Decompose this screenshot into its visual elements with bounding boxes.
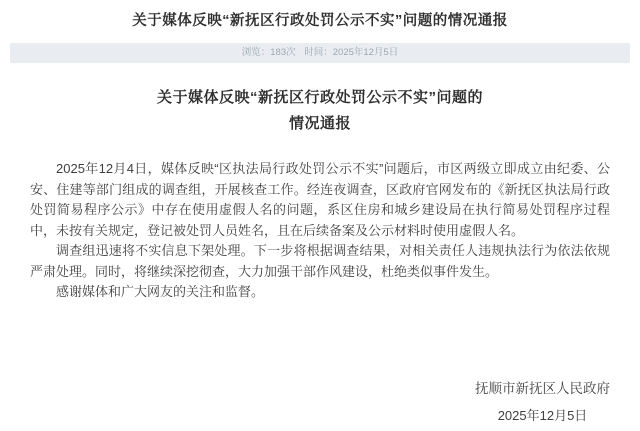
paragraph: 2025年12月4日，媒体反映“区执法局行政处罚公示不实”问题后，市区两级立即成… bbox=[30, 159, 610, 241]
article: 关于媒体反映“新抚区行政处罚公示不实”问题的 情况通报 2025年12月4日，媒… bbox=[0, 85, 640, 424]
article-title-line-1: 关于媒体反映“新抚区行政处罚公示不实”问题的 bbox=[0, 85, 640, 111]
signature-block: 抚顺市新抚区人民政府 2025年12月5日 bbox=[475, 381, 610, 424]
meta-time: 时间：2025年12月5日 bbox=[304, 47, 398, 58]
meta-views: 浏览：183次 bbox=[242, 47, 296, 58]
article-body: 2025年12月4日，媒体反映“区执法局行政处罚公示不实”问题后，市区两级立即成… bbox=[30, 159, 610, 303]
signature-org: 抚顺市新抚区人民政府 bbox=[475, 381, 610, 397]
meta-bar: 浏览：183次 时间：2025年12月5日 bbox=[10, 43, 630, 63]
article-title-line-2: 情况通报 bbox=[0, 111, 640, 137]
signature-date: 2025年12月5日 bbox=[475, 408, 610, 424]
paragraph: 调查组迅速将不实信息下架处理。下一步将根据调查结果，对相关责任人违规执法行为依法… bbox=[30, 241, 610, 282]
article-title: 关于媒体反映“新抚区行政处罚公示不实”问题的 情况通报 bbox=[0, 85, 640, 137]
paragraph: 感谢媒体和广大网友的关注和监督。 bbox=[30, 282, 610, 303]
page-title: 关于媒体反映“新抚区行政处罚公示不实”问题的情况通报 bbox=[0, 0, 640, 30]
